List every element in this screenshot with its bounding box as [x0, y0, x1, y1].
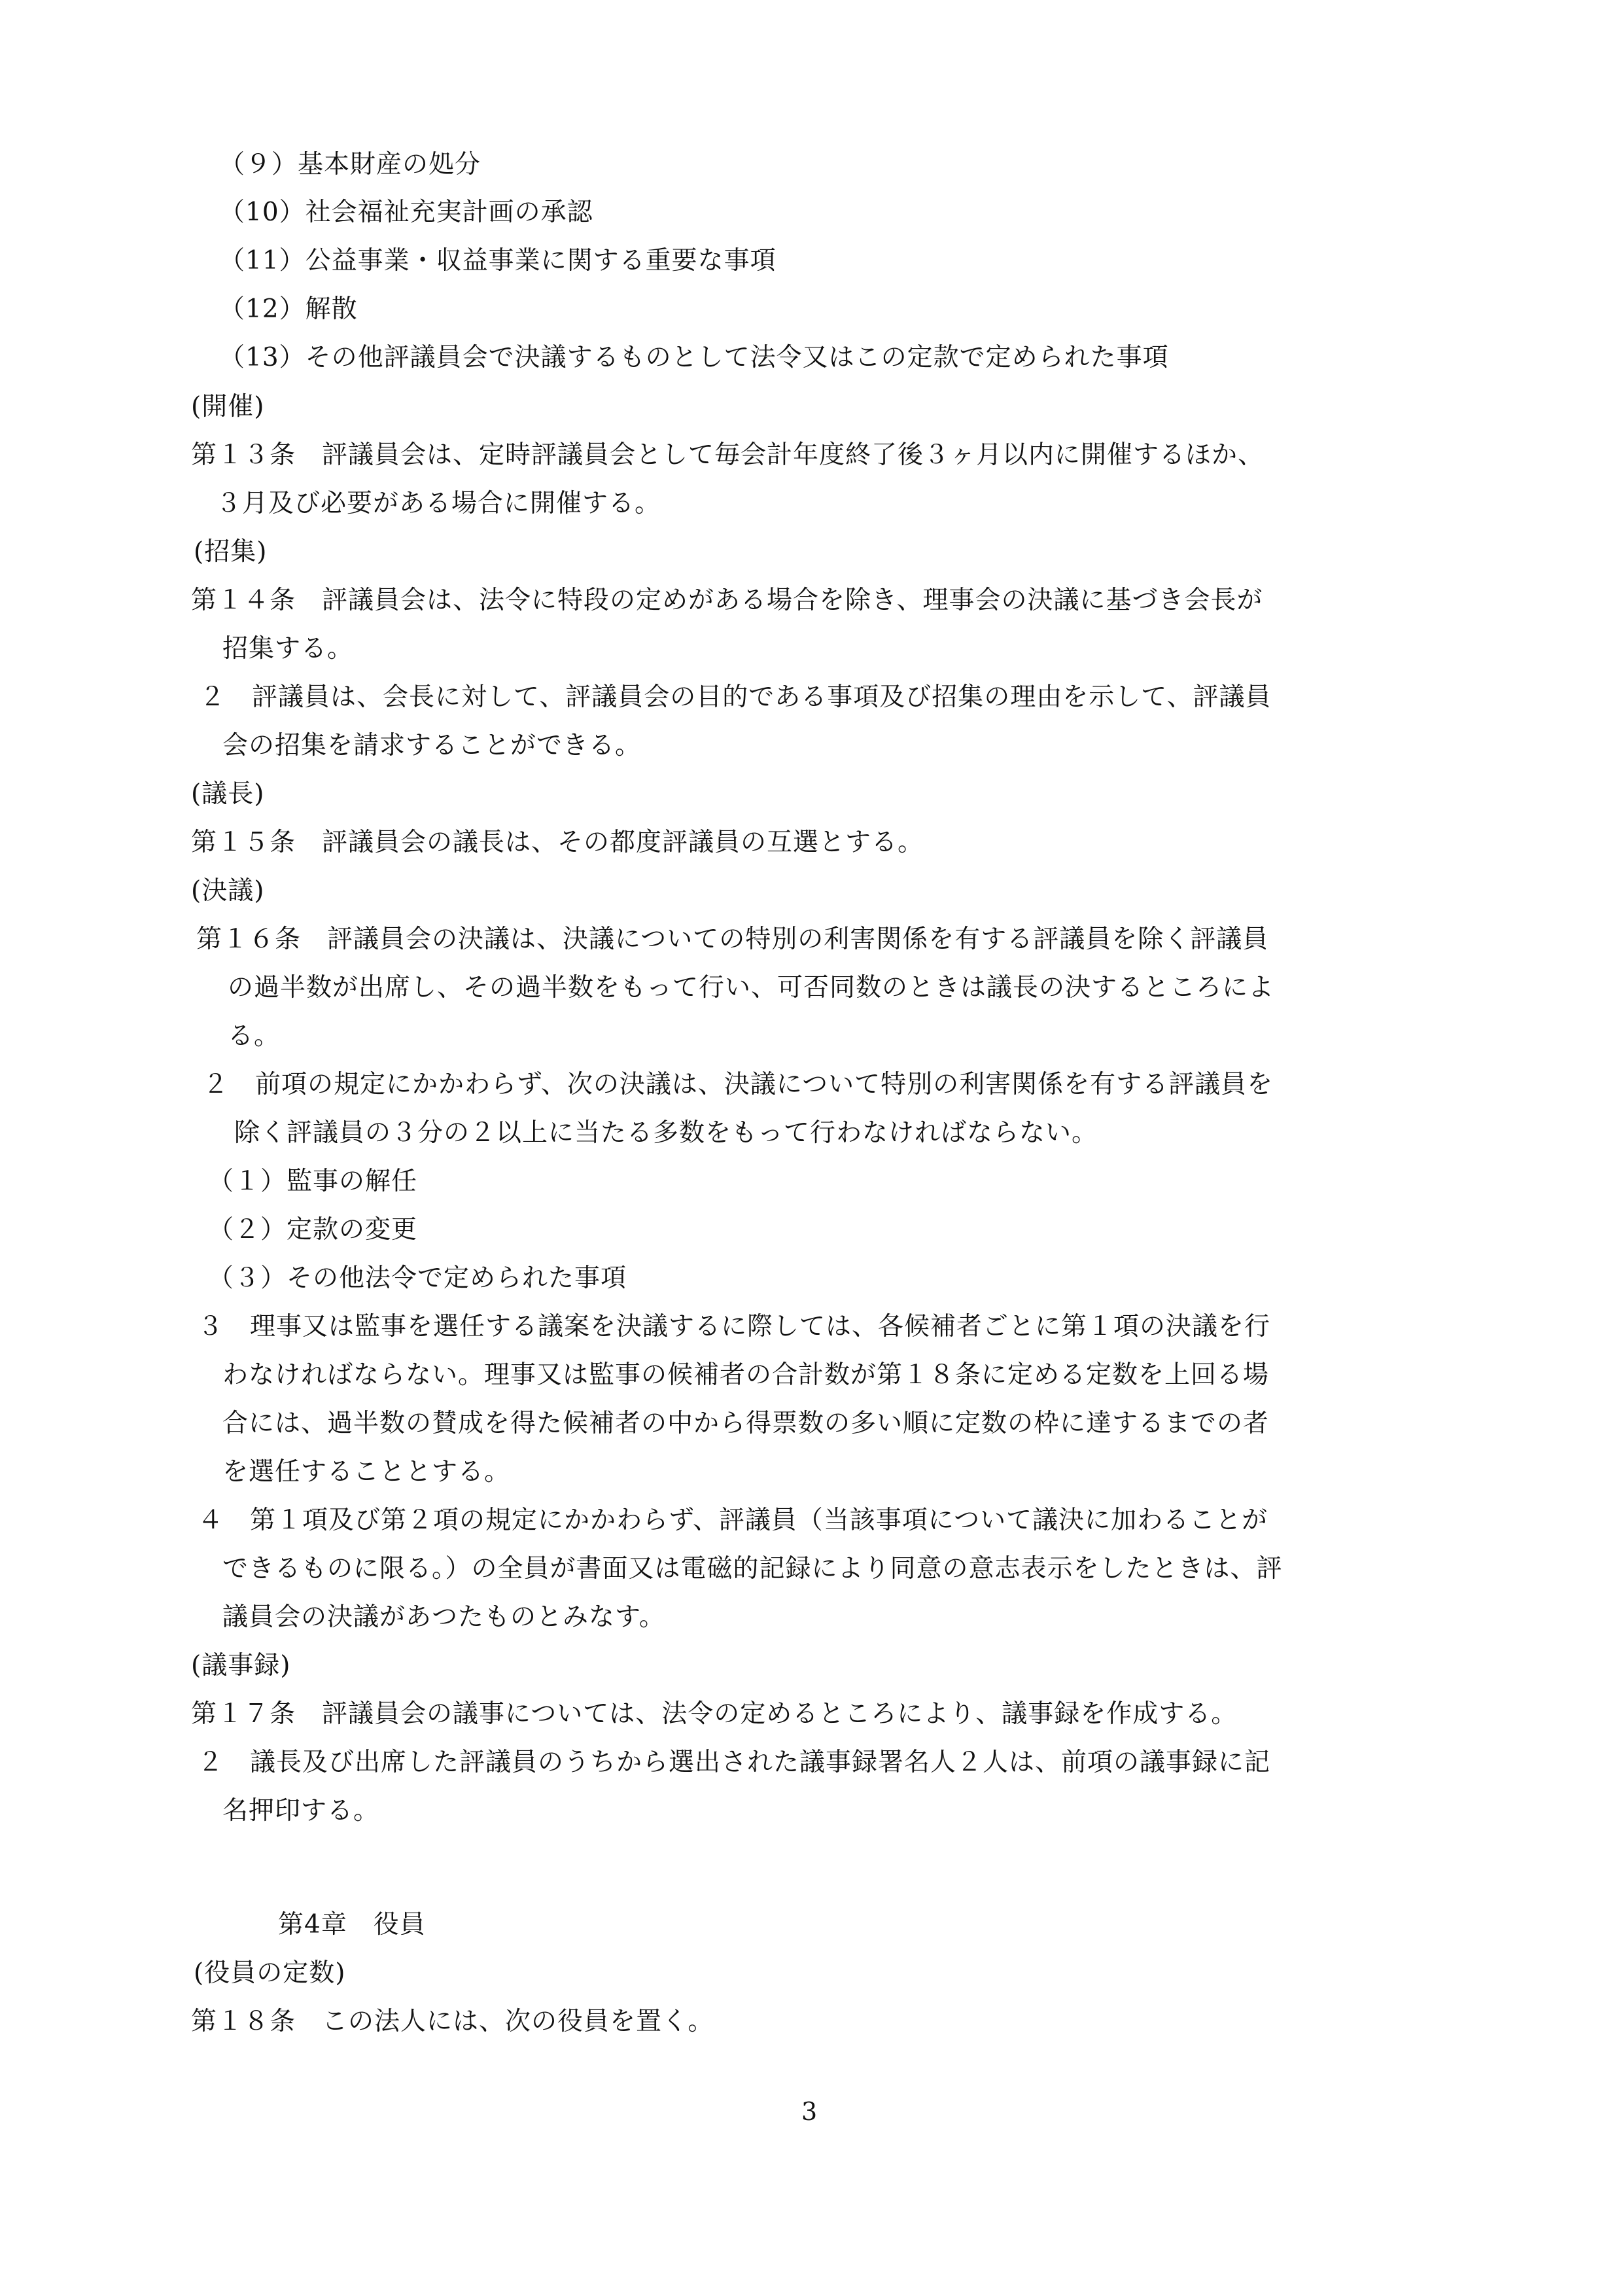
text-line: （11）公益事業・収益事業に関する重要な事項	[219, 245, 777, 277]
article-caption: (招集)	[194, 537, 267, 568]
text-line: （９）基本財産の処分	[219, 149, 481, 181]
text-line: 第１８条 この法人には、次の役員を置く。	[191, 2006, 714, 2038]
text-line: （13）その他評議員会で決議するものとして法令又はこの定款で定められた事項	[219, 342, 1169, 374]
article-caption: (議事録)	[191, 1650, 290, 1682]
text-line: 招集する。	[222, 633, 353, 665]
text-line: （２）定款の変更	[208, 1214, 417, 1246]
article-caption: (議長)	[191, 779, 264, 810]
text-line: 合には、過半数の賛成を得た候補者の中から得票数の多い順に定数の枠に達するまでの者	[222, 1408, 1269, 1439]
text-line: 第１７条 評議員会の議事については、法令の定めるところにより、議事録を作成する。	[191, 1699, 1237, 1730]
text-line: できるものに限る。）の全員が書面又は電磁的記録により同意の意志表示をしたときは、…	[222, 1553, 1283, 1585]
text-line: ２ 前項の規定にかかわらず、次の決議は、決議について特別の利害関係を有する評議員…	[203, 1069, 1273, 1101]
text-line: ２ 議長及び出席した評議員のうちから選出された議事録署名人２人は、前項の議事録に…	[198, 1747, 1270, 1778]
document-page: （９）基本財産の処分（10）社会福祉充実計画の承認（11）公益事業・収益事業に関…	[0, 0, 1623, 2296]
text-line: 名押印する。	[222, 1795, 379, 1827]
text-line: （10）社会福祉充実計画の承認	[219, 197, 593, 228]
text-line: ３ 理事又は監事を選任する議案を決議するに際しては、各候補者ごとに第１項の決議を…	[198, 1311, 1270, 1343]
text-line: わなければならない。理事又は監事の候補者の合計数が第１８条に定める定数を上回る場	[222, 1360, 1269, 1391]
article-caption: (開催)	[191, 391, 264, 423]
text-line: （３）その他法令で定められた事項	[208, 1263, 627, 1294]
text-line: 議員会の決議があつたものとみなす。	[222, 1602, 665, 1633]
text-line: を選任することとする。	[222, 1457, 510, 1488]
chapter-heading: 第4章 役員	[278, 1909, 426, 1941]
article-caption: (役員の定数)	[194, 1958, 345, 1989]
text-line: （12）解散	[219, 294, 358, 325]
text-line: ３月及び必要がある場合に開催する。	[216, 488, 661, 520]
text-line: 第１４条 評議員会は、法令に特段の定めがある場合を除き、理事会の決議に基づき会長…	[191, 585, 1263, 616]
text-line: ４ 第１項及び第２項の規定にかかわらず、評議員（当該事項について議決に加わること…	[198, 1505, 1268, 1536]
text-line: の過半数が出席し、その過半数をもって行い、可否同数のときは議長の決するところによ	[228, 972, 1274, 1004]
text-line: （１）監事の解任	[208, 1166, 417, 1197]
article-caption: (決議)	[191, 875, 264, 907]
text-line: 会の招集を請求することができる。	[222, 730, 641, 762]
page-number: 3	[801, 2097, 817, 2126]
text-line: ２ 評議員は、会長に対して、評議員会の目的である事項及び招集の理由を示して、評議…	[200, 682, 1271, 713]
text-line: 第１５条 評議員会の議長は、その都度評議員の互選とする。	[191, 827, 924, 858]
text-line: 除く評議員の３分の２以上に当たる多数をもって行わなければならない。	[234, 1118, 1098, 1149]
text-line: 第１３条 評議員会は、定時評議員会として毎会計年度終了後３ヶ月以内に開催するほか…	[191, 440, 1264, 471]
text-line: る。	[228, 1021, 280, 1052]
text-line: 第１６条 評議員会の決議は、決議についての特別の利害関係を有する評議員を除く評議…	[196, 924, 1268, 955]
